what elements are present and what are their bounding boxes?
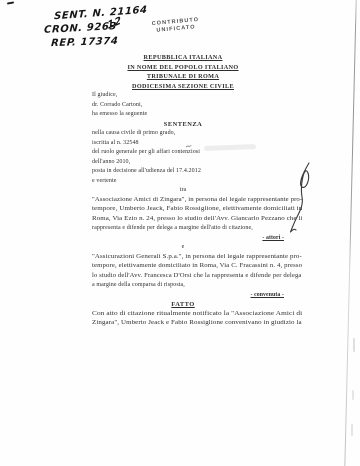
contributo-unificato-stamp: CONTRIBUTO UNIFICATO — [152, 17, 201, 34]
handwritten-sentence-number: SENT. N. 21164 — [54, 5, 148, 23]
scan-smudge — [351, 424, 353, 436]
document-body: REPUBBLICA ITALIANAIN NOME DEL POPOLO IT… — [92, 54, 302, 330]
doc-line: dr. Corrado Cartoni, — [92, 102, 302, 112]
doc-line: "Associazione Amici di Zingara", in pers… — [92, 197, 302, 207]
doc-line: ha emesso la seguente — [92, 111, 302, 121]
doc-line: DODICESIMA SEZIONE CIVILE — [92, 83, 302, 93]
doc-line: e vertente — [92, 178, 302, 188]
doc-line: tempore, elettivamente domiciliato in Ro… — [92, 263, 302, 273]
doc-line: a margine della comparsa di risposta, — [92, 282, 302, 292]
scan-smudge — [353, 338, 355, 352]
doc-line: e — [92, 244, 302, 254]
scan-fold-line — [344, 0, 357, 466]
scan-artifact-dash — [7, 1, 14, 4]
doc-line: Il giudice, — [92, 92, 302, 102]
doc-line: Roma, Via Ezio n. 24, presso lo studio d… — [92, 216, 302, 226]
doc-line: - attori - — [92, 235, 302, 245]
doc-line: tra — [92, 187, 302, 197]
doc-line: nella causa civile di primo grado, — [92, 130, 302, 140]
doc-line: - convenuta - — [92, 292, 302, 302]
doc-line: FATTO — [92, 301, 302, 311]
signature-squiggle-icon — [288, 160, 314, 236]
doc-line: REPUBBLICA ITALIANA — [92, 54, 302, 64]
doc-line: lo studio dell'Avv. Francesca D'Orsi che… — [92, 273, 302, 283]
handwritten-rep-number: REP. 17374 — [51, 36, 119, 49]
scan-smudge — [352, 390, 354, 400]
doc-line: Zingara", Umberto Jeack e Fabio Rossigli… — [92, 320, 302, 330]
doc-line: dell'anno 2010, — [92, 159, 302, 169]
doc-line: Con atto di citazione ritualmente notifi… — [92, 311, 302, 321]
doc-line: del ruolo generale per gli affari conten… — [92, 149, 302, 159]
doc-line: posta in decisione all'udienza del 17.4.… — [92, 168, 302, 178]
doc-line: IN NOME DEL POPOLO ITALIANO — [92, 64, 302, 74]
doc-line: tempore, Umberto Jeack, Fabio Rossiglion… — [92, 206, 302, 216]
doc-line: SENTENZA — [92, 121, 302, 131]
doc-line: rappresenta e difende per delega a margi… — [92, 225, 302, 235]
handwritten-cron-number: CRON. 9263 — [44, 21, 118, 36]
doc-line: "Assicurazioni Generali S.p.a.", in pers… — [92, 254, 302, 264]
doc-line: TRIBUNALE DI ROMA — [92, 73, 302, 83]
scanned-document-page: SENT. N. 21164 12 CRON. 9263 REP. 17374 … — [0, 0, 360, 466]
doc-line: iscritta al n. 32548 — [92, 140, 302, 150]
